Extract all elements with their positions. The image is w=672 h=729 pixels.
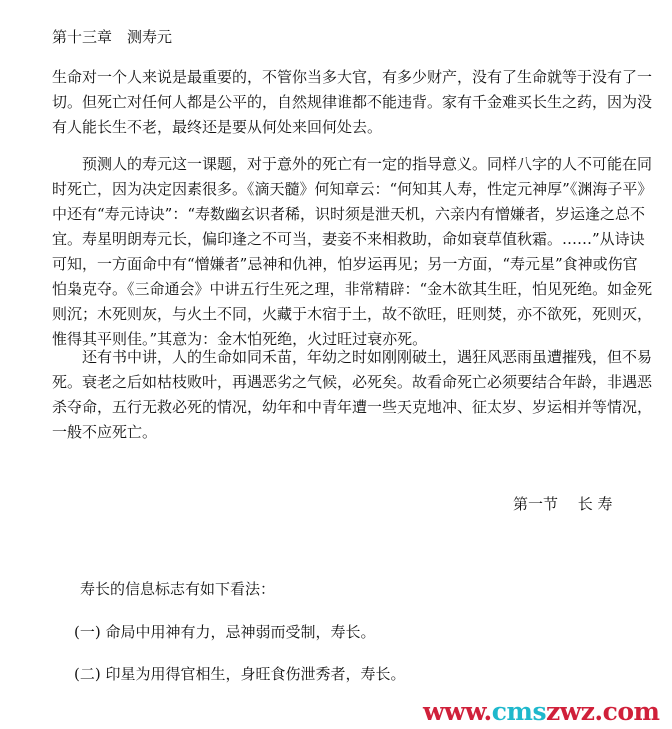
paragraph-line: 中还有“寿元诗诀”：“寿数幽玄识者稀，识时须是泄天机，六亲内有憎嫌者，岁运逢之总… bbox=[52, 202, 624, 227]
watermark-prefix: www. bbox=[423, 697, 492, 726]
paragraph-line: 预测人的寿元这一课题，对于意外的死亡有一定的指导意义。同样八字的人不可能在同 bbox=[52, 152, 624, 177]
paragraph-line: 可知，一方面命中有“憎嫌者”忌神和仇神，怕岁运再见；另一方面，“寿元星”食神或伤… bbox=[52, 252, 624, 277]
document-page: 第十三章 测寿元 生命对一个人来说是最重要的，不管你当多大官，有多少财产，没有了… bbox=[0, 0, 672, 729]
paragraph-intro: 生命对一个人来说是最重要的，不管你当多大官，有多少财产，没有了生命就等于没有了一… bbox=[52, 65, 624, 140]
paragraph-line: 死。衰老之后如枯枝败叶，再遇恶劣之气候，必死矣。故看命死亡必须要结合年龄，非遇恶 bbox=[52, 370, 624, 395]
paragraph-line: 则沉；木死则灰，与火土不同，火藏于木宿于土，故不欲旺，旺则焚，亦不欲死，死则灭， bbox=[52, 302, 624, 327]
watermark-middle: cms bbox=[492, 697, 546, 726]
paragraph-line: 还有书中讲，人的生命如同禾苗，年幼之时如刚刚破土，遇狂风恶雨虽遭摧残，但不易 bbox=[52, 345, 624, 370]
watermark-suffix: zwz.com bbox=[546, 697, 659, 726]
paragraph-life-stages: 还有书中讲，人的生命如同禾苗，年幼之时如刚刚破土，遇狂风恶雨虽遭摧残，但不易 死… bbox=[52, 345, 624, 445]
list-item: (二) 印星为用得官相生，身旺食伤泄秀者，寿长。 bbox=[74, 664, 405, 684]
paragraph-line: 宜。寿星明朗寿元长，偏印逢之不可当，妻妾不来相救助，命如衰草值秋霜。……”从诗诀 bbox=[52, 227, 624, 252]
paragraph-line: 生命对一个人来说是最重要的，不管你当多大官，有多少财产，没有了生命就等于没有了一 bbox=[52, 65, 624, 90]
section-intro: 寿长的信息标志有如下看法： bbox=[80, 579, 275, 599]
paragraph-line: 怕枭克夺。《三命通会》中讲五行生死之理，非常精辟：“金木欲其生旺，怕见死绝。如金… bbox=[52, 277, 624, 302]
paragraph-line: 有人能长生不老，最终还是要从何处来回何处去。 bbox=[52, 115, 624, 140]
section-title: 第一节 长 寿 bbox=[513, 494, 613, 514]
chapter-title: 第十三章 测寿元 bbox=[52, 27, 172, 47]
paragraph-line: 切。但死亡对任何人都是公平的，自然规律谁都不能违背。家有千金难买长生之药，因为没 bbox=[52, 90, 624, 115]
list-item: (一) 命局中用神有力，忌神弱而受制，寿长。 bbox=[74, 622, 375, 642]
site-watermark: www.cmszwz.com bbox=[423, 697, 659, 727]
paragraph-line: 杀夺命，五行无救必死的情况，幼年和中青年遭一些天克地冲、征太岁、岁运相并等情况， bbox=[52, 395, 624, 420]
paragraph-line: 一般不应死亡。 bbox=[52, 420, 624, 445]
paragraph-prediction: 预测人的寿元这一课题，对于意外的死亡有一定的指导意义。同样八字的人不可能在同 时… bbox=[52, 152, 624, 352]
paragraph-line: 时死亡，因为决定因素很多。《滴天髓》何知章云：“何知其人寿，性定元神厚”《渊海子… bbox=[52, 177, 624, 202]
